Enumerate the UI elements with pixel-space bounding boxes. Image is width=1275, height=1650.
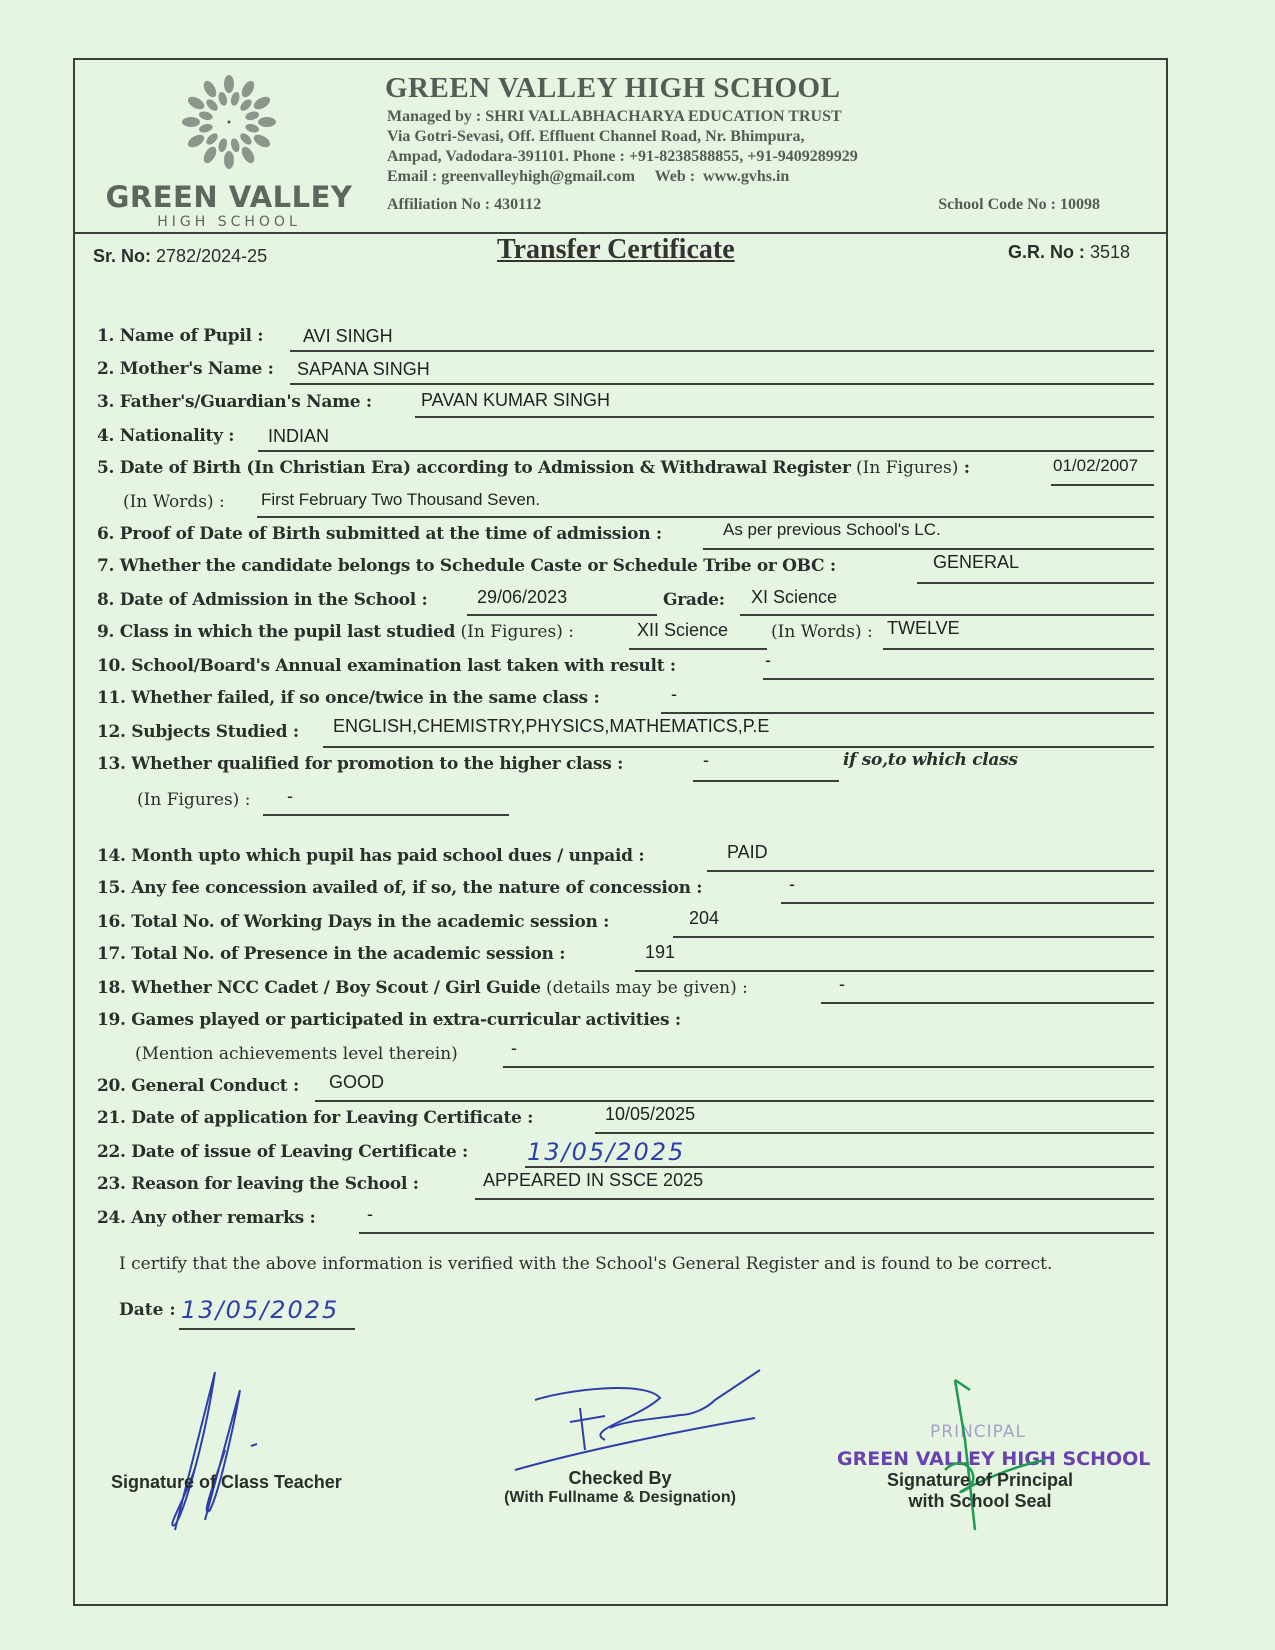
field-line	[661, 686, 1154, 714]
pupil-name-value: AVI SINGH	[303, 326, 393, 347]
address-line-1: Via Gotri-Sevasi, Off. Effluent Channel …	[387, 128, 805, 146]
field-line	[635, 944, 1154, 972]
field-nationality: 4. Nationality :	[97, 426, 234, 454]
field-line	[315, 1074, 1154, 1102]
field-presence: 17. Total No. of Presence in the academi…	[97, 944, 565, 972]
dob-words-value: First February Two Thousand Seven.	[261, 490, 540, 510]
field-last-class-words: (In Words) :	[771, 622, 873, 650]
reason-leaving-value: APPEARED IN SSCE 2025	[483, 1170, 703, 1191]
field-line	[258, 424, 1154, 452]
field-promotion: 13. Whether qualified for promotion to t…	[97, 754, 623, 782]
field-dues: 14. Month upto which pupil has paid scho…	[97, 846, 644, 874]
principal-signature-label: Signature of Principal with School Seal	[865, 1470, 1095, 1512]
fathers-name-value: PAVAN KUMAR SINGH	[421, 390, 610, 411]
principal-signature	[925, 1380, 1065, 1540]
logo-subtitle: HIGH SCHOOL	[89, 214, 369, 230]
failed-value: -	[671, 684, 677, 705]
application-date-value: 10/05/2025	[605, 1104, 695, 1125]
gr-number: G.R. No : 3518	[1008, 242, 1130, 263]
affiliation-number: Affiliation No : 430112	[387, 196, 541, 214]
school-code: School Code No : 10098	[938, 196, 1100, 214]
field-dob-words: (In Words) :	[123, 492, 225, 520]
last-class-figures-value: XII Science	[637, 620, 728, 641]
field-application-date: 21. Date of application for Leaving Cert…	[97, 1108, 533, 1136]
checked-by-signature	[505, 1370, 775, 1480]
field-issue-date: 22. Date of issue of Leaving Certificate…	[97, 1142, 468, 1170]
field-caste-category: 7. Whether the candidate belongs to Sche…	[97, 556, 836, 584]
fee-concession-value: -	[789, 874, 795, 895]
field-line	[821, 976, 1154, 1004]
field-grade: Grade:	[663, 590, 725, 618]
field-line	[263, 788, 509, 816]
field-ncc: 18. Whether NCC Cadet / Boy Scout / Girl…	[97, 978, 748, 1006]
field-line	[503, 1040, 1154, 1068]
field-name-of-pupil: 1. Name of Pupil :	[97, 326, 263, 354]
field-mothers-name: 2. Mother's Name :	[97, 359, 274, 387]
checked-by-label: Checked By (With Fullname & Designation)	[475, 1468, 765, 1507]
email-web: Email : greenvalleyhigh@gmail.com Web : …	[387, 168, 789, 186]
promotion-value: -	[703, 750, 709, 771]
proof-of-dob-value: As per previous School's LC.	[723, 520, 941, 540]
dues-value: PAID	[727, 842, 768, 863]
class-teacher-signature-label: Signature of Class Teacher	[111, 1472, 342, 1493]
field-proof-of-dob: 6. Proof of Date of Birth submitted at t…	[97, 524, 662, 552]
ncc-value: -	[839, 974, 845, 995]
field-promotion-figures: (In Figures) :	[137, 790, 250, 818]
field-fee-concession: 15. Any fee concession availed of, if so…	[97, 878, 702, 906]
other-remarks-value: -	[367, 1204, 373, 1225]
certification-statement: I certify that the above information is …	[119, 1254, 1052, 1274]
class-teacher-signature	[155, 1360, 295, 1540]
dob-figures-value: 01/02/2007	[1053, 456, 1138, 476]
certificate-title: Transfer Certificate	[497, 234, 735, 266]
letterhead: GREEN VALLEY HIGH SCHOOL GREEN VALLEY HI…	[75, 60, 1166, 234]
nationality-value: INDIAN	[268, 426, 329, 447]
field-line	[707, 844, 1154, 872]
serial-number: Sr. No: 2782/2024-25	[93, 246, 267, 267]
issue-date-handwritten: 13/05/2025	[527, 1138, 685, 1166]
last-class-words-value: TWELVE	[887, 618, 960, 639]
field-failed: 11. Whether failed, if so once/twice in …	[97, 688, 599, 716]
field-extracurricular-achievements: (Mention achievements level therein)	[135, 1044, 458, 1072]
field-date-of-birth: 5. Date of Birth (In Christian Era) acco…	[97, 458, 970, 486]
field-fathers-name: 3. Father's/Guardian's Name :	[97, 392, 372, 420]
caste-category-value: GENERAL	[933, 552, 1019, 573]
field-line	[359, 1206, 1154, 1234]
field-line	[693, 754, 839, 782]
field-line	[290, 324, 1154, 352]
field-working-days: 16. Total No. of Working Days in the aca…	[97, 912, 609, 940]
field-last-class: 9. Class in which the pupil last studied…	[97, 622, 574, 650]
field-subjects: 12. Subjects Studied :	[97, 722, 299, 750]
managed-by: Managed by : SHRI VALLABHACHARYA EDUCATI…	[387, 108, 842, 126]
field-line	[781, 876, 1154, 904]
certificate-frame: GREEN VALLEY HIGH SCHOOL GREEN VALLEY HI…	[73, 58, 1168, 1606]
flower-logo-icon	[177, 72, 281, 172]
field-line	[763, 652, 1154, 680]
subjects-value: ENGLISH,CHEMISTRY,PHYSICS,MATHEMATICS,P.…	[333, 716, 769, 737]
presence-value: 191	[645, 942, 675, 963]
field-other-remarks: 24. Any other remarks :	[97, 1208, 315, 1236]
admission-date-value: 29/06/2023	[477, 587, 567, 608]
address-line-2: Ampad, Vadodara-391101. Phone : +91-8238…	[387, 148, 858, 166]
field-date-of-admission: 8. Date of Admission in the School :	[97, 590, 428, 618]
field-extracurricular: 19. Games played or participated in extr…	[97, 1010, 681, 1038]
annual-exam-value: -	[765, 650, 771, 671]
promotion-figures-value: -	[287, 786, 293, 807]
promotion-suffix: if so,to which class	[843, 750, 1018, 778]
logo-title: GREEN VALLEY	[89, 180, 369, 214]
school-name: GREEN VALLEY HIGH SCHOOL	[385, 72, 840, 105]
grade-value: XI Science	[751, 587, 837, 608]
field-reason-leaving: 23. Reason for leaving the School :	[97, 1174, 419, 1202]
field-annual-exam: 10. School/Board's Annual examination la…	[97, 656, 676, 684]
field-line	[673, 910, 1154, 938]
field-general-conduct: 20. General Conduct :	[97, 1076, 299, 1104]
mothers-name-value: SAPANA SINGH	[297, 359, 430, 380]
school-logo: GREEN VALLEY HIGH SCHOOL	[89, 72, 369, 222]
working-days-value: 204	[689, 908, 719, 929]
date-label: Date :	[119, 1300, 176, 1320]
extracurricular-value: -	[511, 1038, 517, 1059]
general-conduct-value: GOOD	[329, 1072, 384, 1093]
date-handwritten: 13/05/2025	[181, 1296, 339, 1324]
